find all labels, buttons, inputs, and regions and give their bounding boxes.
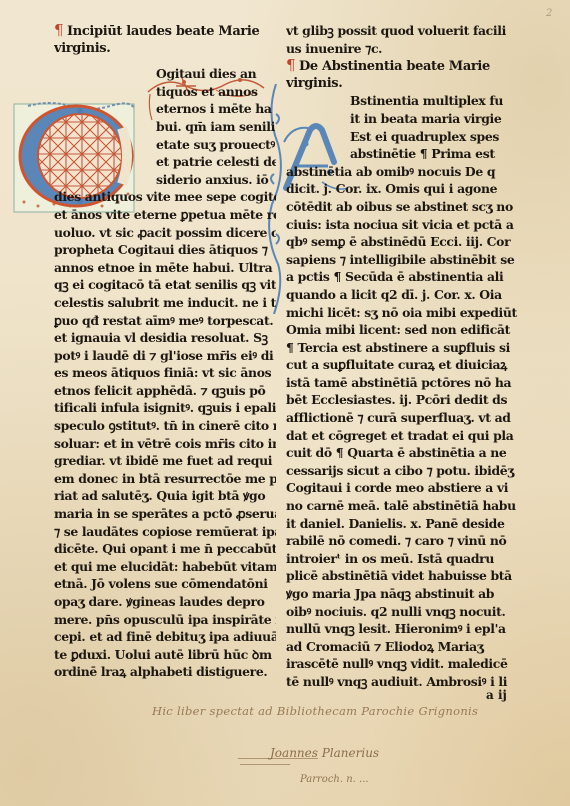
text-line: etnā. Jō volens sue cōmendatōni [54, 575, 276, 593]
text-line: tiquos et annos [54, 83, 276, 101]
heading-line: virginis. [286, 75, 518, 93]
text-line: michi licēt: sʒ nō oia mibi expediūt [286, 304, 518, 322]
text-line: riat ad salutēʒ. Quia igit btā ꝟgo [54, 487, 276, 505]
text-line: qbꝰ semꝑ ē abstinēdū Ecci. iij. Cor [286, 233, 518, 251]
text-line: ¶ Tercia est abstinere a suꝑfluis si [286, 339, 518, 357]
manuscript-signature: Joannes Planerius [270, 746, 379, 760]
text-line: Est ei quadruplex spes [286, 128, 518, 146]
text-line: propheta Cogitaui dies ātiquos ⁊ [54, 241, 276, 259]
text-line: sapiens ⁊ intelligibile abstinēbit se [286, 251, 518, 269]
text-line: nullū vnqꝫ lesit. Hieronimꝰ i epl'a [286, 620, 518, 638]
text-line: eternos i mēte ha [54, 100, 276, 118]
text-line: etate suʒ prouectꝰ [54, 136, 276, 154]
text-line: et ignauia vl desidia resoluat. Sꝫ [54, 329, 276, 347]
text-line: istā tamē abstinētiā pctōres nō ha [286, 374, 518, 392]
text-line: no carnē meā. talē abstinētiā habu [286, 497, 518, 515]
text-line: te ꝑduxi. Uolui autē librū hūc ꝺm [54, 646, 276, 664]
text-line: annos etnoe in mēte habui. Ultra [54, 259, 276, 277]
text-line: es meos ātiquos finiā: vt sic ānos [54, 364, 276, 382]
pen-stroke [240, 764, 290, 765]
text-line: tē nullꝰ vnqꝫ audiuit. Ambrosiꝰ i li [286, 673, 518, 691]
text-line: ordinē lraꝝ alphabeti distiguere. [54, 663, 276, 681]
text-line: opaʒ dare. ꝟgineas laudes depro [54, 593, 276, 611]
text-line: tificali infula isignitꝰ. qꝫuis i epali [54, 399, 276, 417]
text-line: vt glibꝫ possit quod voluerit facili [286, 22, 518, 40]
text-line: celestis salubrit me inducit. ne i tpe [54, 294, 276, 312]
text-line: em donec in btā resurrectōe me pa [54, 470, 276, 488]
text-line: bui. qm̄ iam senili [54, 118, 276, 136]
text-line: plicē abstinētiā videt habuisse btā [286, 567, 518, 585]
text-line: dicēte. Qui opant i me n̄ peccabūt [54, 540, 276, 558]
text-line: us inuenire ⁊c. [286, 40, 518, 58]
text-line: Cogitaui i corde meo abstiere a vi [286, 479, 518, 497]
text-line: cepi. et ad finē debituʒ ipa adiuuā [54, 628, 276, 646]
folio-number: 2 [546, 8, 552, 19]
incunabulum-page: 2 [0, 0, 570, 806]
text-line: dicit. j. Cor. ix. Omis qui i agone [286, 180, 518, 198]
text-line: irascētē nullꝰ vnqꝫ vidit. maledicē [286, 655, 518, 673]
text-line: etnos felicit apphēdā. ⁊ qꝫuis pō [54, 382, 276, 400]
printer-signature-mark: a ij [486, 688, 507, 702]
text-line: rabilē nō comedi. ⁊ caro ⁊ vinū nō [286, 532, 518, 550]
text-line: dies antiquos vite mee sepe cogito [54, 188, 276, 206]
text-line: Ogitaui dies an [54, 65, 276, 83]
text-line: et patrie celesti de [54, 153, 276, 171]
left-column: ¶Incipiūt laudes beate Marie virginis. O… [54, 22, 276, 681]
text-line: soluar: et in vētrē cois mr̄is cito in [54, 435, 276, 453]
text-line: cut a suꝑfluitate curaꝝ et diuiciaꝝ [286, 356, 518, 374]
text-line: oibꝰ nociuis. q2 nulli vnqꝫ nocuit. [286, 603, 518, 621]
text-line: it daniel. Danielis. x. Panē deside [286, 515, 518, 533]
chapter-heading: ¶Incipiūt laudes beate Marie [54, 22, 276, 40]
text-line: qꝫ ei cogitacō tā etat senilis qꝫ vite [54, 276, 276, 294]
text-line: mere. pn̄s opusculū ipa inspirāte i [54, 611, 276, 629]
text-line: ciuis: ista nociua sit vicia et pctā a [286, 216, 518, 234]
text-line: speculo ꝯstitutꝰ. tn̄ in cinerē cito re [54, 417, 276, 435]
text-line: a pctis ¶ Secūda ē abstinentia ali [286, 268, 518, 286]
text-line: it in beata maria virgie [286, 110, 518, 128]
text-line: potꝰ i laudē di ⁊ gl'iose mr̄is eiꝰ di [54, 347, 276, 365]
text-line: Omia mibi licent: sed non edificāt [286, 321, 518, 339]
text-line: quando a licit q2 dī. j. Cor. x. Oia [286, 286, 518, 304]
heading-line: Incipiūt laudes beate Marie [67, 24, 259, 39]
text-line: afflictionē ⁊ curā superfluaʒ. vt ad [286, 409, 518, 427]
text-line: abstinētie ¶ Prima est [286, 145, 518, 163]
text-line: introierᵗ in os meū. Istā quadru [286, 550, 518, 568]
text-line: et qui me elucidāt: habebūt vitam [54, 558, 276, 576]
text-line: et ānos vite eterne ꝑpetua mēte re [54, 206, 276, 224]
text-line: dat et cōgreget et tradat ei qui pla [286, 427, 518, 445]
text-line: Bstinentia multiplex fu [286, 92, 518, 110]
chapter-heading: ¶De Abstinentia beate Marie [286, 57, 518, 75]
text-line: ꝟgo maria Jpa nāqꝫ abstinuit ab [286, 585, 518, 603]
rubric-paragraph-mark-icon: ¶ [286, 57, 298, 75]
right-column: vt glibꝫ possit quod voluerit facili us … [286, 22, 518, 691]
text-line: cessarijs sicut a cibo ⁊ potu. ibidēʒ [286, 462, 518, 480]
text-line: cuit dō ¶ Quarta ē abstinētia a ne [286, 444, 518, 462]
text-line: cōtēdit ab oibus se abstinet scʒ no [286, 198, 518, 216]
heading-line: virginis. [54, 40, 276, 58]
heading-line: De Abstinentia beate Marie [299, 59, 490, 74]
text-line: grediar. vt ibidē me fuet ad requi [54, 452, 276, 470]
rubric-paragraph-mark-icon: ¶ [54, 22, 66, 40]
text-line: abstinētia ab omibꝰ nocuis De q [286, 163, 518, 181]
text-line: siderio anxius. iō [54, 171, 276, 189]
text-line: ad Cromaciū ⁊ Eliodoꝝ Mariaʒ [286, 638, 518, 656]
text-line: ⁊ se laudātes copiose remūerat ipa [54, 523, 276, 541]
text-line: bēt Ecclesiastes. ij. Pcōri dedit ds [286, 391, 518, 409]
text-line: maria in se sperātes a pctō ꝓseruat [54, 505, 276, 523]
text-line: uoluo. vt sic ꝓacit possim dicere cū [54, 224, 276, 242]
text-line: ꝑuo qđ restat aīmꝰ meꝰ torpescat. [54, 312, 276, 330]
manuscript-signature-subline: Parroch. n. ... [300, 774, 369, 785]
manuscript-ownership-note: Hic liber spectat ad Bibliothecam Paroch… [152, 704, 478, 718]
